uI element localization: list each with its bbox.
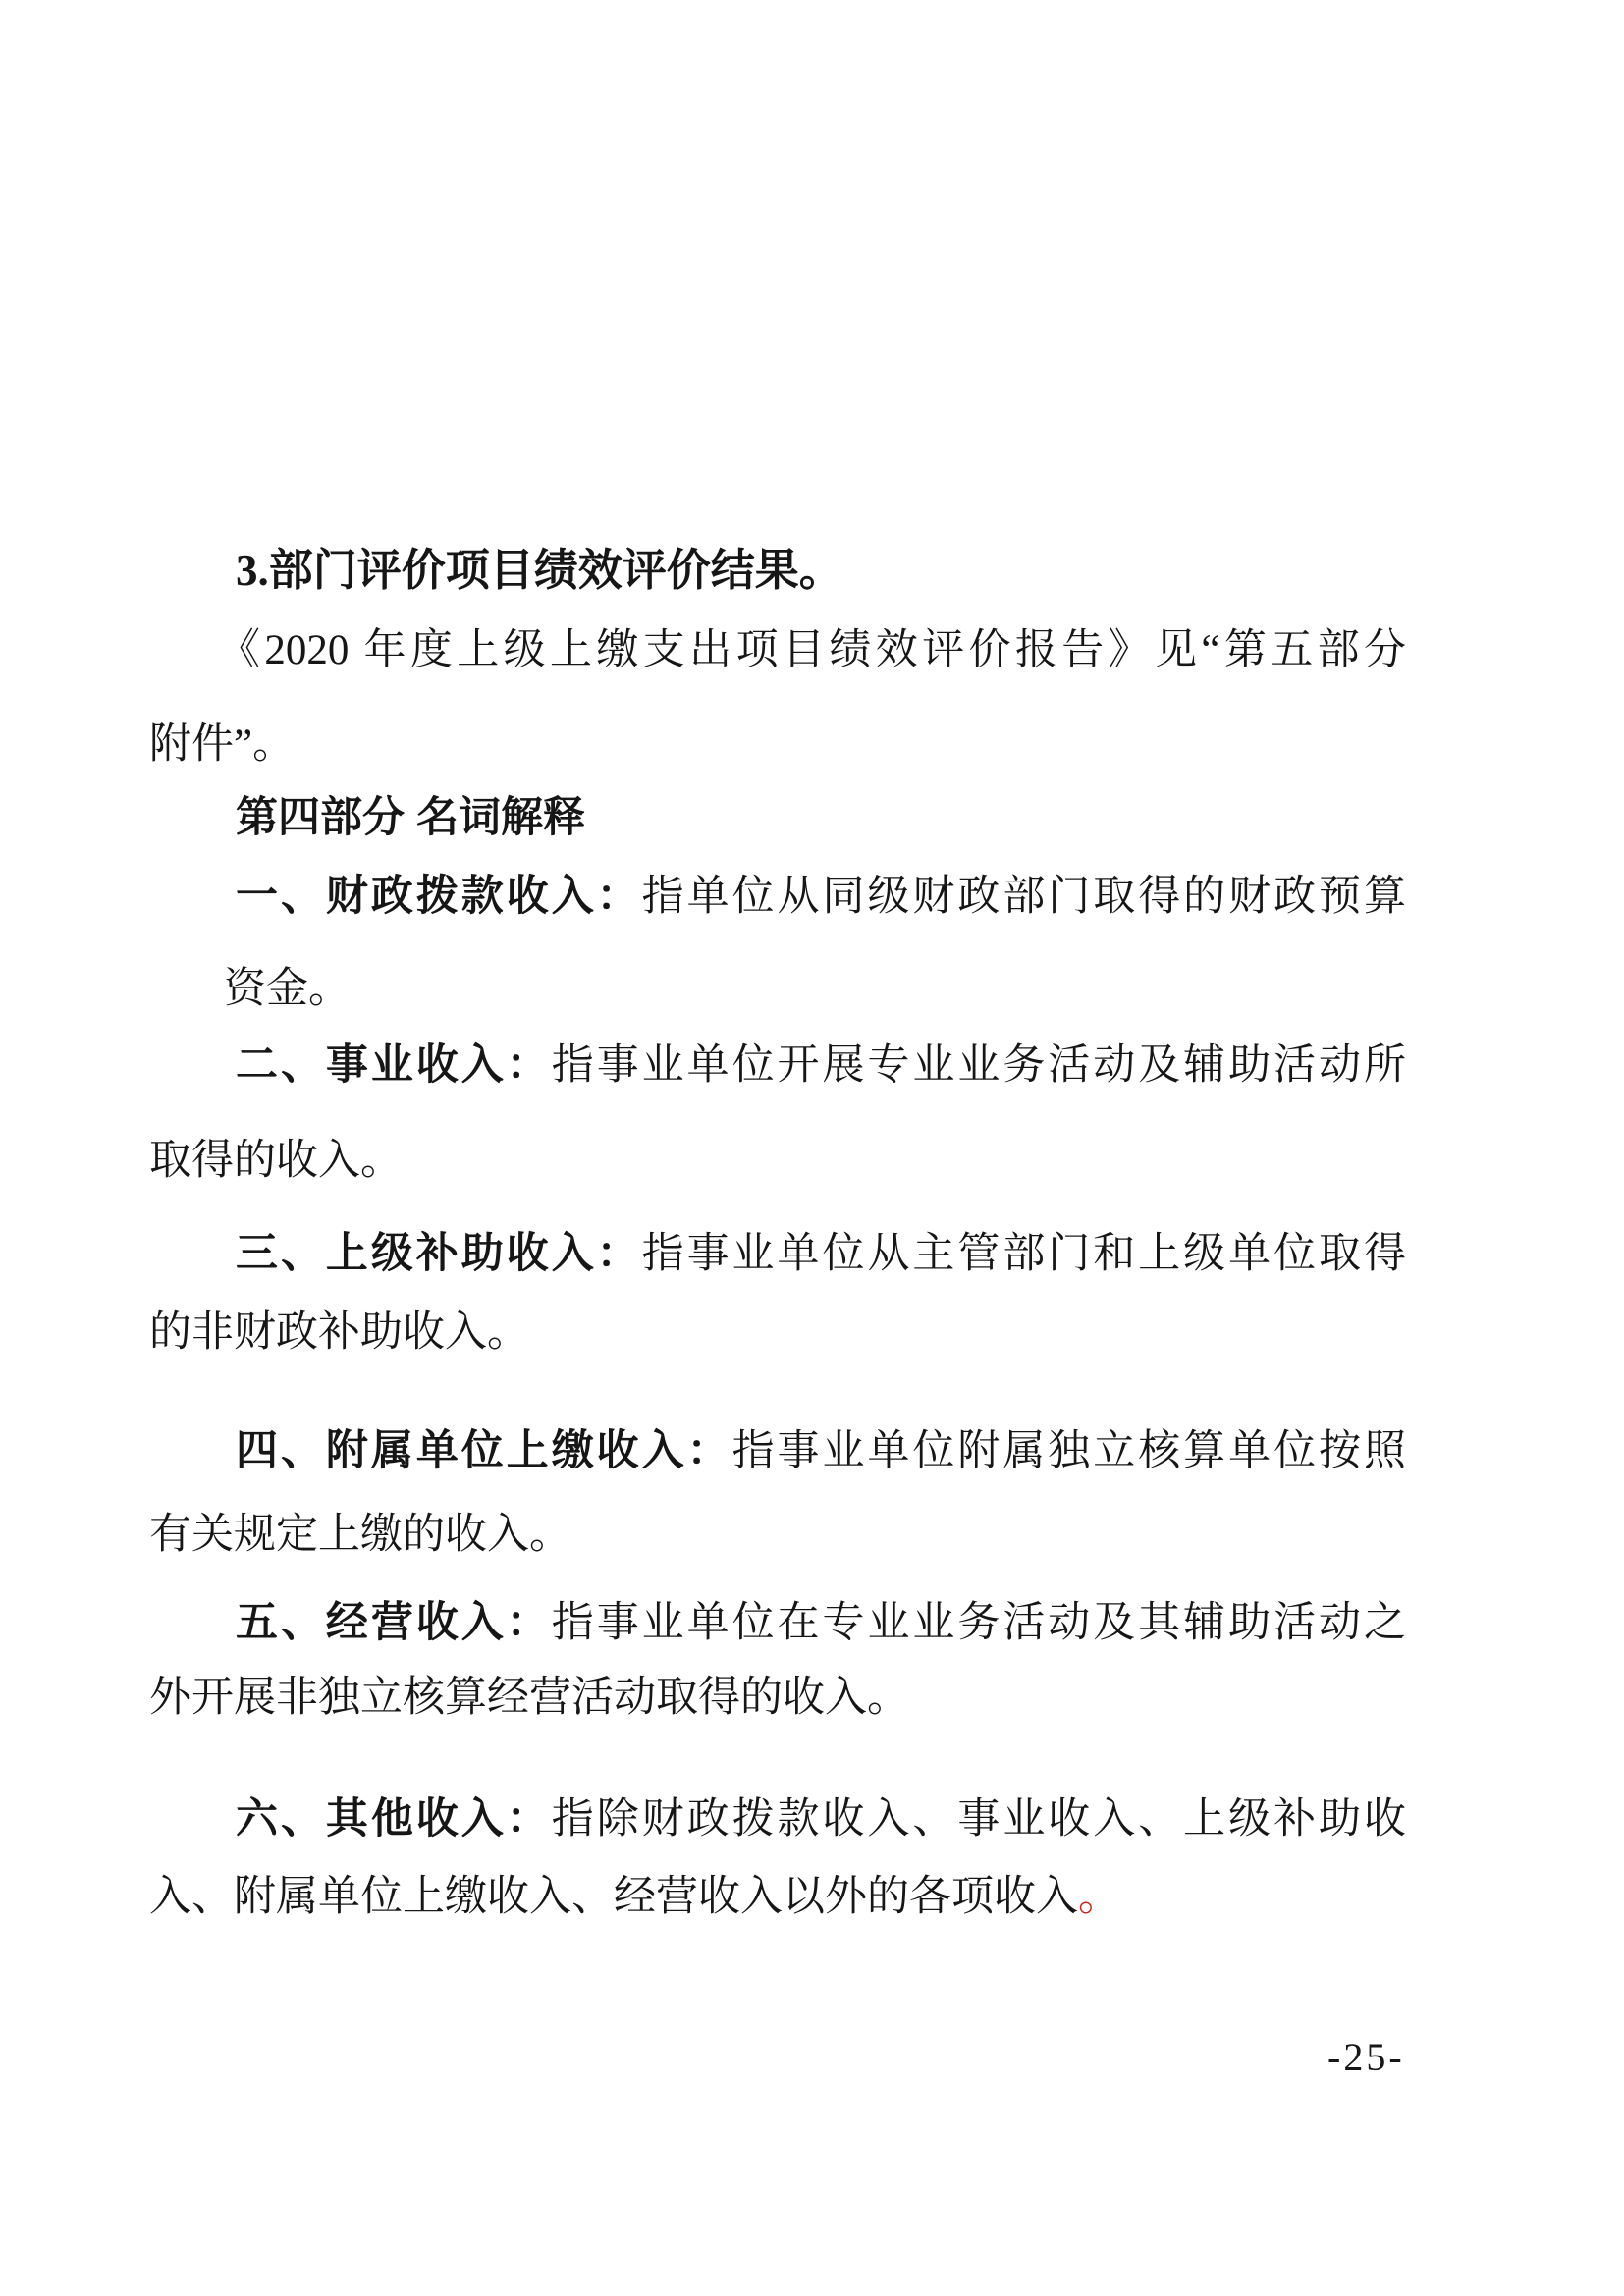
term-1-label: 一、财政拨款收入：	[236, 873, 642, 920]
term-2-line2: 取得的收入。	[149, 1131, 1406, 1192]
document-page: 3.部门评价项目绩效评价结果。 《2020 年度上级上缴支出项目绩效评价报告》见…	[0, 0, 1624, 2296]
red-period: 。	[1078, 1874, 1120, 1920]
heading-part4-glossary: 第四部分 名词解释	[149, 787, 1406, 848]
page-number: -25-	[1327, 2034, 1405, 2080]
term-5-line2: 外开展非独立核算经营活动取得的收入。	[149, 1668, 1406, 1729]
term-6-line2-text: 入、附属单位上缴收入、经营收入以外的各项收入	[149, 1874, 1078, 1920]
term-6-line2: 入、附属单位上缴收入、经营收入以外的各项收入。	[149, 1867, 1406, 1928]
term-3-definition: 指事业单位从主管部门和上级单位取得	[642, 1231, 1406, 1277]
term-4-line1: 四、附属单位上缴收入：指事业单位附属独立核算单位按照	[149, 1420, 1406, 1481]
term-3-label: 三、上级补助收入：	[236, 1230, 642, 1277]
document-content: 3.部门评价项目绩效评价结果。 《2020 年度上级上缴支出项目绩效评价报告》见…	[149, 0, 1406, 2296]
term-2-label: 二、事业收入：	[236, 1041, 552, 1089]
report-reference-line1: 《2020 年度上级上缴支出项目绩效评价报告》见“第五部分	[149, 620, 1406, 681]
term-5-label: 五、经营收入：	[236, 1599, 552, 1646]
report-reference-line2: 附件”。	[149, 715, 1406, 775]
term-4-line2: 有关规定上缴的收入。	[149, 1505, 1406, 1566]
term-4-label: 四、附属单位上缴收入：	[236, 1427, 732, 1474]
heading-dept-eval-results: 3.部门评价项目绩效评价结果。	[149, 540, 1406, 601]
term-5-definition: 指事业单位在专业业务活动及其辅助活动之	[552, 1600, 1406, 1646]
term-3-line1: 三、上级补助收入：指事业单位从主管部门和上级单位取得	[149, 1223, 1406, 1284]
term-6-line1: 六、其他收入：指除财政拨款收入、事业收入、上级补助收	[149, 1789, 1406, 1849]
term-6-label: 六、其他收入：	[236, 1795, 552, 1842]
term-2-line1: 二、事业收入：指事业单位开展专业业务活动及辅助活动所	[149, 1035, 1406, 1095]
term-4-definition: 指事业单位附属独立核算单位按照	[732, 1428, 1406, 1474]
term-3-line2: 的非财政补助收入。	[149, 1303, 1406, 1363]
term-1-line1: 一、财政拨款收入：指单位从同级财政部门取得的财政预算	[149, 866, 1406, 927]
term-1-definition: 指单位从同级财政部门取得的财政预算	[642, 874, 1406, 920]
term-1-line2: 资金。	[149, 959, 1406, 1020]
term-6-definition: 指除财政拨款收入、事业收入、上级补助收	[552, 1796, 1406, 1842]
term-5-line1: 五、经营收入：指事业单位在专业业务活动及其辅助活动之	[149, 1592, 1406, 1653]
term-2-definition: 指事业单位开展专业业务活动及辅助活动所	[552, 1042, 1406, 1089]
